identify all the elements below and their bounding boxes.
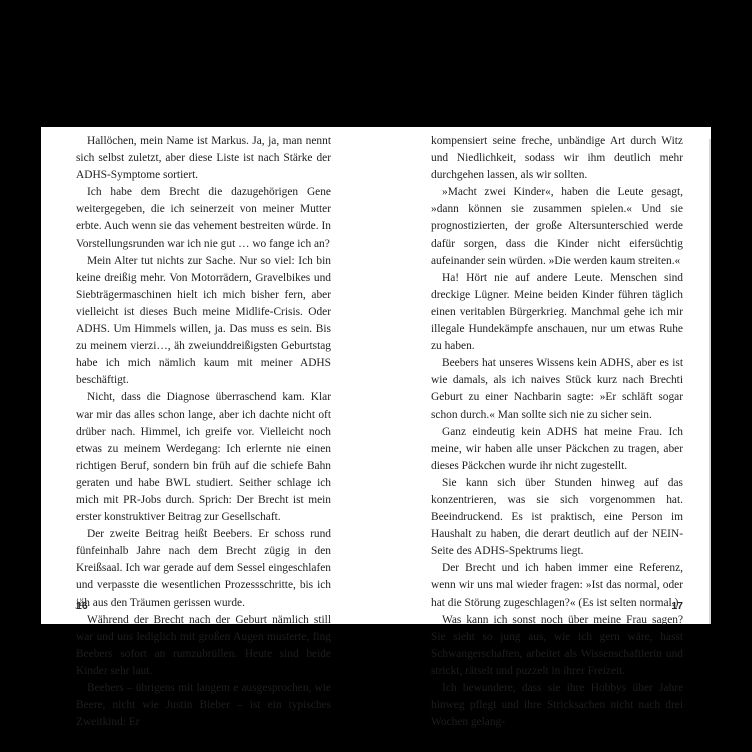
paragraph: Sie kann sich über Stunden hinweg auf da…: [431, 475, 683, 560]
paragraph: Was kann ich sonst noch über meine Frau …: [431, 612, 683, 680]
paragraph: Hallöchen, mein Name ist Markus. Ja, ja,…: [76, 133, 331, 184]
paragraph: Ich habe dem Brecht die dazugehörigen Ge…: [76, 184, 331, 252]
paragraph: »Macht zwei Kinder«, haben die Leute ges…: [431, 184, 683, 269]
paragraph: Ha! Hört nie auf andere Leute. Menschen …: [431, 270, 683, 355]
right-page-text: kompensiert seine freche, unbändige Art …: [431, 133, 683, 731]
paragraph: Der zweite Beitrag heißt Beebers. Er sch…: [76, 526, 331, 611]
paragraph: Beebers – übrigens mit langem e ausgespr…: [76, 680, 331, 731]
paragraph: Ganz eindeutig kein ADHS hat meine Frau.…: [431, 424, 683, 475]
left-page-text: Hallöchen, mein Name ist Markus. Ja, ja,…: [76, 133, 331, 731]
paragraph: kompensiert seine freche, unbändige Art …: [431, 133, 683, 184]
paragraph: Beebers hat unseres Wissens kein ADHS, a…: [431, 355, 683, 423]
page-edge: [709, 139, 711, 624]
right-page: kompensiert seine freche, unbändige Art …: [431, 127, 683, 624]
page-number: 17: [671, 600, 683, 612]
paragraph: Ich bewundere, dass sie ihre Hobbys über…: [431, 680, 683, 731]
paragraph: Der Brecht und ich haben immer eine Refe…: [431, 560, 683, 611]
book-spread: Hallöchen, mein Name ist Markus. Ja, ja,…: [41, 127, 711, 624]
page-number: 16: [76, 600, 88, 612]
paragraph: Während der Brecht nach der Geburt nämli…: [76, 612, 331, 680]
paragraph: Mein Alter tut nichts zur Sache. Nur so …: [76, 253, 331, 390]
left-page: Hallöchen, mein Name ist Markus. Ja, ja,…: [76, 127, 376, 624]
paragraph: Nicht, dass die Diagnose überraschend ka…: [76, 389, 331, 526]
